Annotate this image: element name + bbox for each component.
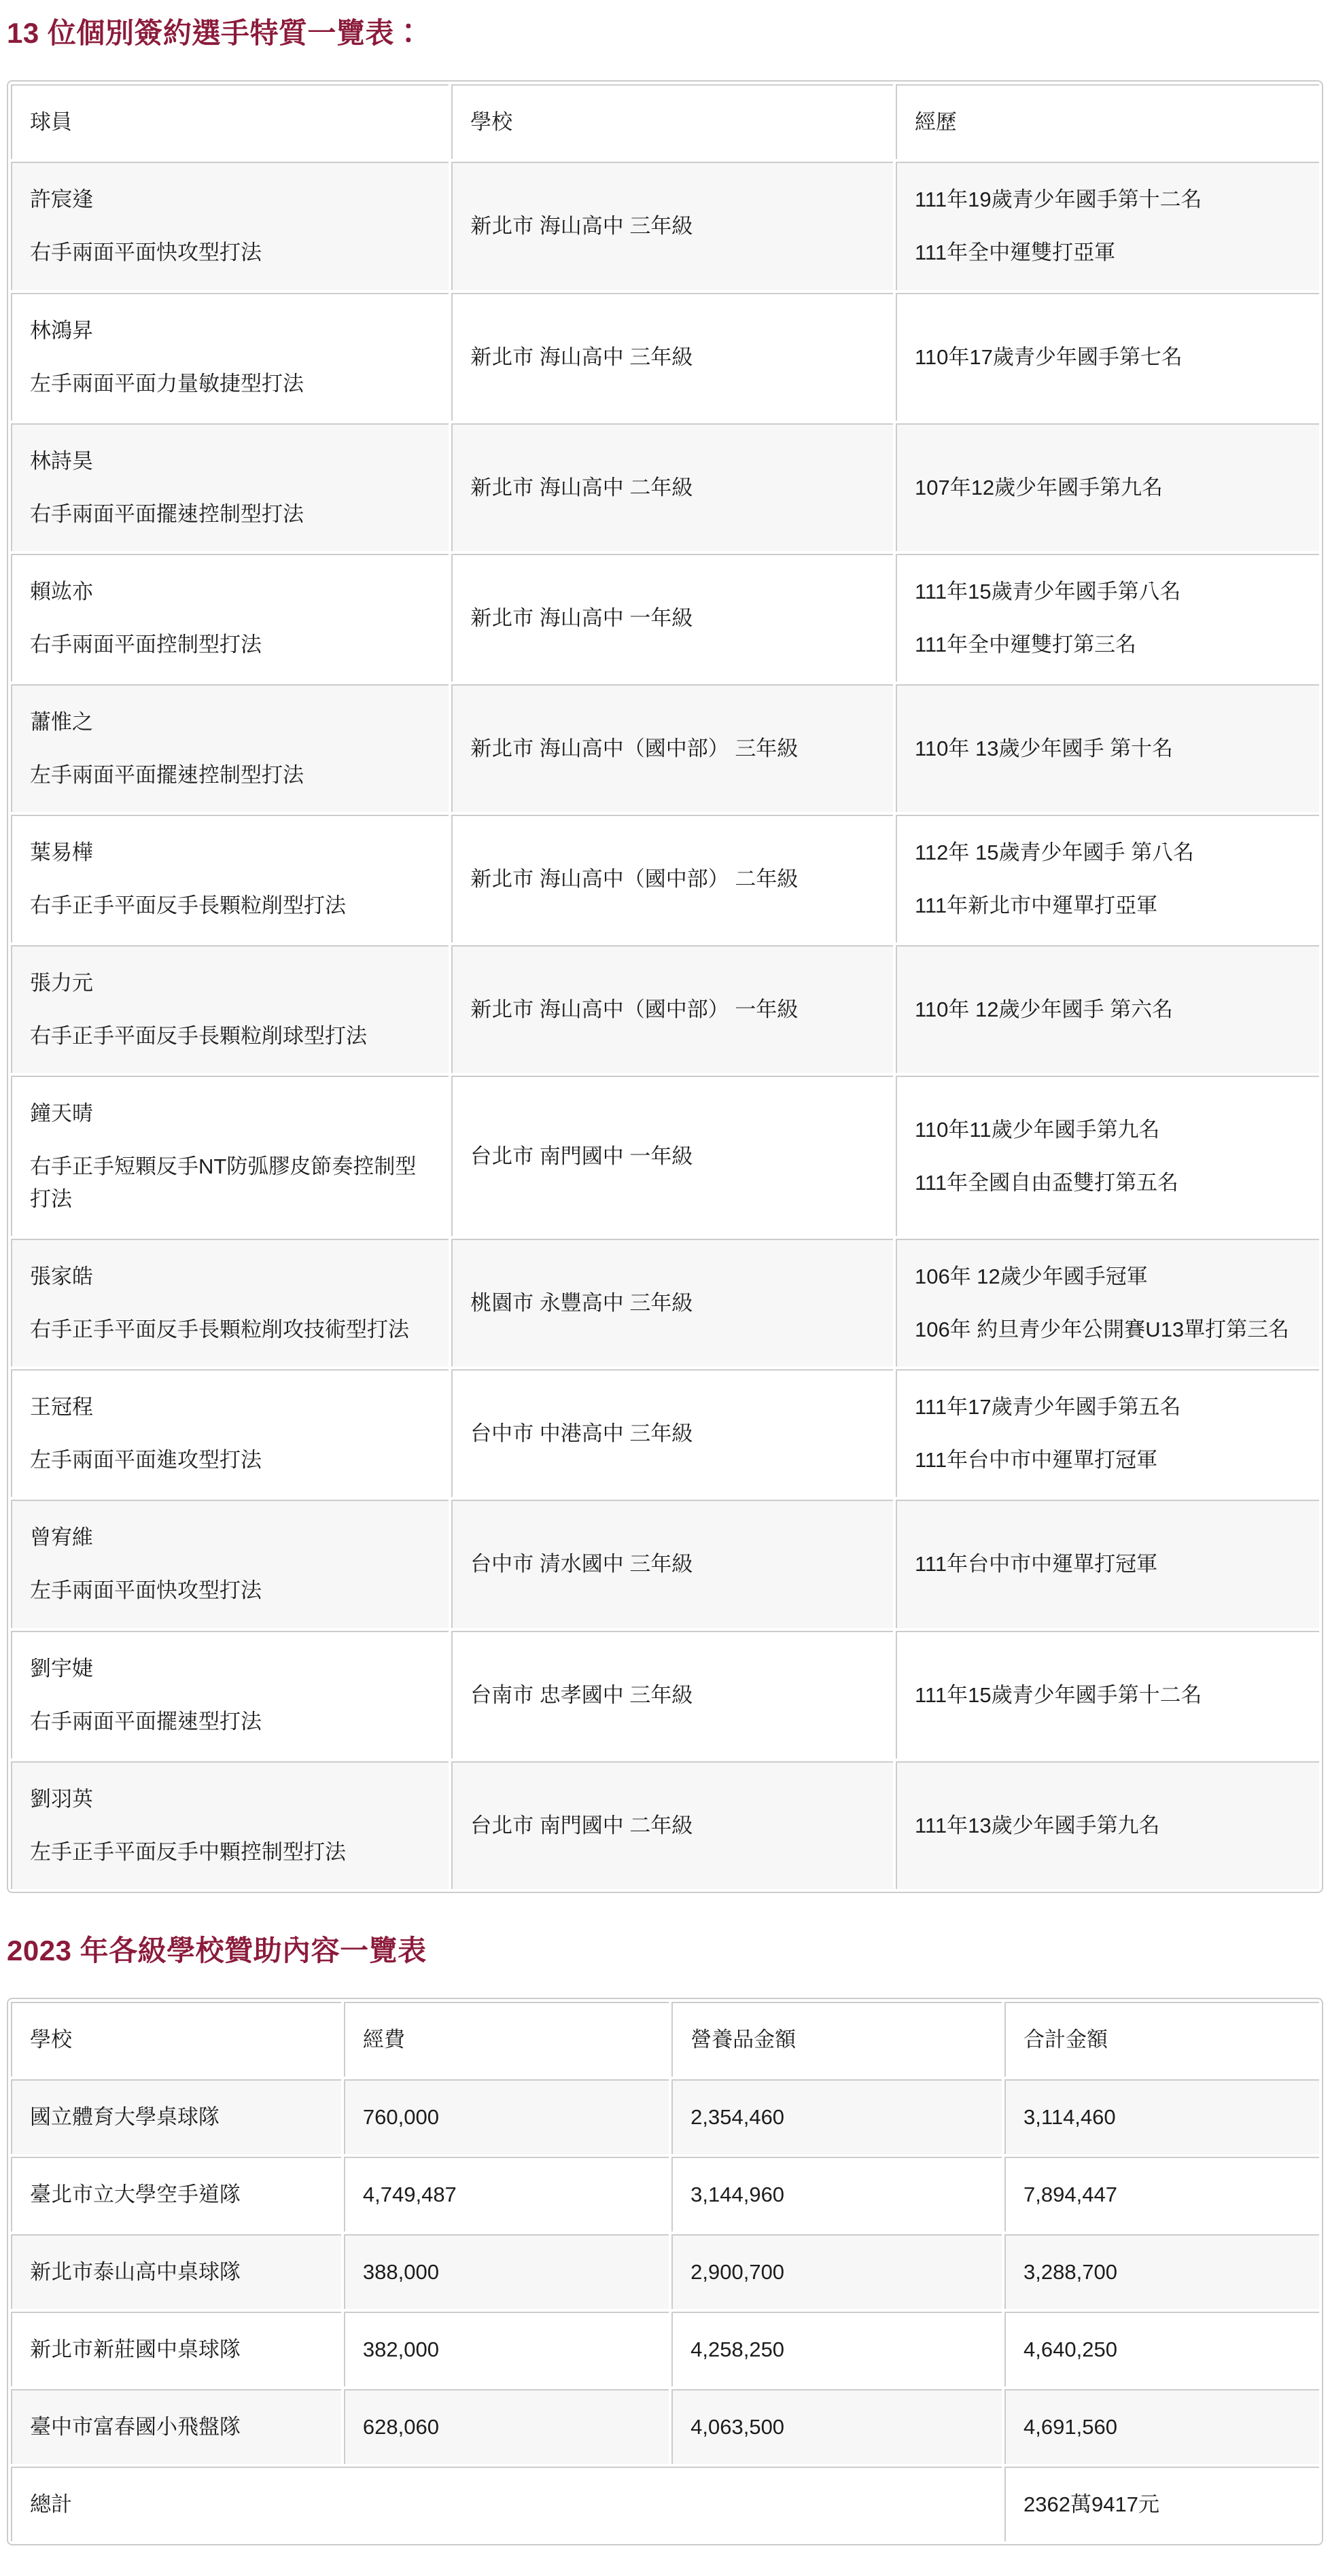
experience-cell: 112年 15歲青少年國手 第八名111年新北市中運單打亞軍: [896, 815, 1319, 942]
players-table-body: 許宸逢右手兩面平面快攻型打法新北市 海山高中 三年級111年19歲青少年國手第十…: [11, 162, 1319, 1888]
funding-cell: 4,749,487: [344, 2157, 669, 2231]
experience-line-1: 111年全中運雙打第三名: [915, 629, 1301, 661]
player-row-7: 鐘天晴右手正手短顆反手NT防弧膠皮節奏控制型打法台北市 南門國中 一年級110年…: [11, 1076, 1319, 1236]
total-amount-cell: 4,640,250: [1004, 2312, 1319, 2386]
player-line-1: 左手兩面平面進攻型打法: [30, 1444, 431, 1477]
player-cell: 張家皓右手正手平面反手長顆粒削攻技術型打法: [11, 1239, 449, 1366]
player-line-0: 曾宥維: [30, 1521, 431, 1554]
sponsor-total-label-cell: 總計: [11, 2467, 1002, 2541]
experience-cell: 111年17歲青少年國手第五名111年台中市中運單打冠軍: [896, 1369, 1319, 1497]
sponsor-row-3: 新北市新莊國中桌球隊382,0004,258,2504,640,250: [11, 2312, 1319, 2386]
school-cell: 新北市 海山高中 二年級: [451, 423, 893, 551]
player-row-6: 張力元右手正手平面反手長顆粒削球型打法新北市 海山高中（國中部） 一年級110年…: [11, 945, 1319, 1073]
player-line-1: 左手兩面平面快攻型打法: [30, 1574, 431, 1607]
sponsor-total-value-cell: 2362萬9417元: [1004, 2467, 1319, 2541]
school-cell: 台中市 清水國中 三年級: [451, 1500, 893, 1627]
experience-line-0: 107年12歲少年國手第九名: [915, 472, 1301, 504]
funding-cell: 388,000: [344, 2234, 669, 2309]
player-line-1: 右手正手平面反手長顆粒削球型打法: [30, 1020, 431, 1053]
player-line-0: 鐘天晴: [30, 1097, 431, 1130]
players-header-cell-0: 球員: [11, 84, 449, 159]
experience-cell: 110年17歲青少年國手第七名: [896, 293, 1319, 421]
players-header-cell-1: 學校: [451, 84, 893, 159]
experience-line-1: 111年台中市中運單打冠軍: [915, 1444, 1301, 1477]
funding-cell: 628,060: [344, 2389, 669, 2464]
sponsor-header-cell-3: 合計金額: [1004, 2002, 1319, 2077]
player-line-1: 右手兩面平面控制型打法: [30, 629, 431, 661]
players-header-row: 球員學校經歷: [11, 84, 1319, 159]
experience-cell: 107年12歲少年國手第九名: [896, 423, 1319, 551]
sponsor-row-4: 臺中市富春國小飛盤隊628,0604,063,5004,691,560: [11, 2389, 1319, 2464]
player-line-0: 劉宇婕: [30, 1653, 431, 1685]
experience-cell: 111年台中市中運單打冠軍: [896, 1500, 1319, 1627]
player-line-1: 右手兩面平面擺速型打法: [30, 1706, 431, 1738]
school-cell: 新北市 海山高中（國中部） 三年級: [451, 684, 893, 812]
experience-cell: 106年 12歲少年國手冠軍106年 約旦青少年公開賽U13單打第三名: [896, 1239, 1319, 1366]
player-line-1: 左手正手平面反手中顆控制型打法: [30, 1836, 431, 1869]
sponsor-table-title: 2023 年各級學校贊助內容一覽表: [7, 1934, 1323, 1968]
experience-line-0: 112年 15歲青少年國手 第八名: [915, 836, 1301, 869]
nutrition-cell: 4,258,250: [671, 2312, 1002, 2386]
nutrition-cell: 3,144,960: [671, 2157, 1002, 2231]
school-cell: 台中市 中港高中 三年級: [451, 1369, 893, 1497]
experience-line-0: 110年 12歲少年國手 第六名: [915, 993, 1301, 1026]
player-line-1: 左手兩面平面力量敏捷型打法: [30, 368, 431, 400]
player-row-8: 張家皓右手正手平面反手長顆粒削攻技術型打法桃園市 永豐高中 三年級106年 12…: [11, 1239, 1319, 1366]
sponsor-school-cell: 國立體育大學桌球隊: [11, 2079, 341, 2154]
sponsor-school-cell: 臺北市立大學空手道隊: [11, 2157, 341, 2231]
experience-line-1: 106年 約旦青少年公開賽U13單打第三名: [915, 1313, 1301, 1346]
sponsor-school-cell: 新北市泰山高中桌球隊: [11, 2234, 341, 2309]
sponsor-table: 學校經費營養品金額合計金額 國立體育大學桌球隊760,0002,354,4603…: [7, 1998, 1323, 2545]
school-cell: 台南市 忠孝國中 三年級: [451, 1631, 893, 1759]
player-row-12: 劉羽英左手正手平面反手中顆控制型打法台北市 南門國中 二年級111年13歲少年國…: [11, 1761, 1319, 1889]
sponsor-school-cell: 新北市新莊國中桌球隊: [11, 2312, 341, 2386]
school-cell: 台北市 南門國中 一年級: [451, 1076, 893, 1236]
player-line-1: 右手正手平面反手長顆粒削型打法: [30, 889, 431, 922]
player-cell: 林詩昊右手兩面平面擺速控制型打法: [11, 423, 449, 551]
player-row-1: 林鴻昇左手兩面平面力量敏捷型打法新北市 海山高中 三年級110年17歲青少年國手…: [11, 293, 1319, 421]
player-line-0: 王冠程: [30, 1391, 431, 1424]
player-line-1: 左手兩面平面擺速控制型打法: [30, 759, 431, 792]
sponsor-total-row: 總計2362萬9417元: [11, 2467, 1319, 2541]
player-cell: 張力元右手正手平面反手長顆粒削球型打法: [11, 945, 449, 1073]
player-cell: 林鴻昇左手兩面平面力量敏捷型打法: [11, 293, 449, 421]
experience-cell: 110年11歲少年國手第九名111年全國自由盃雙打第五名: [896, 1076, 1319, 1236]
funding-cell: 382,000: [344, 2312, 669, 2386]
player-cell: 蕭惟之左手兩面平面擺速控制型打法: [11, 684, 449, 812]
experience-line-0: 110年 13歲少年國手 第十名: [915, 733, 1301, 765]
sponsor-header-row: 學校經費營養品金額合計金額: [11, 2002, 1319, 2077]
sponsor-header-cell-2: 營養品金額: [671, 2002, 1002, 2077]
player-line-0: 林鴻昇: [30, 315, 431, 347]
experience-line-0: 111年15歲青少年國手第十二名: [915, 1679, 1301, 1712]
total-amount-cell: 7,894,447: [1004, 2157, 1319, 2231]
funding-cell: 760,000: [344, 2079, 669, 2154]
school-cell: 桃園市 永豐高中 三年級: [451, 1239, 893, 1366]
experience-line-1: 111年全國自由盃雙打第五名: [915, 1167, 1301, 1199]
school-cell: 新北市 海山高中（國中部） 二年級: [451, 815, 893, 942]
sponsor-row-1: 臺北市立大學空手道隊4,749,4873,144,9607,894,447: [11, 2157, 1319, 2231]
player-line-0: 張力元: [30, 967, 431, 1000]
experience-line-0: 111年台中市中運單打冠軍: [915, 1548, 1301, 1581]
experience-line-0: 111年19歲青少年國手第十二名: [915, 183, 1301, 216]
experience-line-0: 110年17歲青少年國手第七名: [915, 341, 1301, 374]
player-row-3: 賴竑亦右手兩面平面控制型打法新北市 海山高中 一年級111年15歲青少年國手第八…: [11, 554, 1319, 682]
player-row-9: 王冠程左手兩面平面進攻型打法台中市 中港高中 三年級111年17歲青少年國手第五…: [11, 1369, 1319, 1497]
nutrition-cell: 4,063,500: [671, 2389, 1002, 2464]
experience-cell: 111年19歲青少年國手第十二名111年全中運雙打亞軍: [896, 162, 1319, 289]
total-amount-cell: 3,114,460: [1004, 2079, 1319, 2154]
sponsor-table-body: 國立體育大學桌球隊760,0002,354,4603,114,460臺北市立大學…: [11, 2079, 1319, 2541]
total-amount-cell: 4,691,560: [1004, 2389, 1319, 2464]
player-row-10: 曾宥維左手兩面平面快攻型打法台中市 清水國中 三年級111年台中市中運單打冠軍: [11, 1500, 1319, 1627]
sponsor-school-cell: 臺中市富春國小飛盤隊: [11, 2389, 341, 2464]
experience-cell: 111年13歲少年國手第九名: [896, 1761, 1319, 1889]
player-row-2: 林詩昊右手兩面平面擺速控制型打法新北市 海山高中 二年級107年12歲少年國手第…: [11, 423, 1319, 551]
experience-cell: 111年15歲青少年國手第十二名: [896, 1631, 1319, 1759]
player-cell: 鐘天晴右手正手短顆反手NT防弧膠皮節奏控制型打法: [11, 1076, 449, 1236]
player-row-11: 劉宇婕右手兩面平面擺速型打法台南市 忠孝國中 三年級111年15歲青少年國手第十…: [11, 1631, 1319, 1759]
experience-line-0: 111年13歲少年國手第九名: [915, 1810, 1301, 1842]
player-line-0: 劉羽英: [30, 1783, 431, 1816]
school-cell: 新北市 海山高中 三年級: [451, 162, 893, 289]
player-cell: 劉宇婕右手兩面平面擺速型打法: [11, 1631, 449, 1759]
player-cell: 曾宥維左手兩面平面快攻型打法: [11, 1500, 449, 1627]
player-line-0: 林詩昊: [30, 445, 431, 478]
experience-line-0: 106年 12歲少年國手冠軍: [915, 1260, 1301, 1293]
experience-line-1: 111年新北市中運單打亞軍: [915, 889, 1301, 922]
experience-line-1: 111年全中運雙打亞軍: [915, 236, 1301, 269]
experience-cell: 111年15歲青少年國手第八名111年全中運雙打第三名: [896, 554, 1319, 682]
player-line-0: 賴竑亦: [30, 576, 431, 608]
players-table-title: 13 位個別簽約選手特質一覽表：: [7, 16, 1323, 50]
player-line-1: 右手兩面平面擺速控制型打法: [30, 498, 431, 531]
experience-line-0: 111年15歲青少年國手第八名: [915, 576, 1301, 608]
player-line-1: 右手正手平面反手長顆粒削攻技術型打法: [30, 1313, 431, 1346]
player-cell: 許宸逢右手兩面平面快攻型打法: [11, 162, 449, 289]
player-line-0: 許宸逢: [30, 183, 431, 216]
player-row-0: 許宸逢右手兩面平面快攻型打法新北市 海山高中 三年級111年19歲青少年國手第十…: [11, 162, 1319, 289]
player-cell: 賴竑亦右手兩面平面控制型打法: [11, 554, 449, 682]
players-header-cell-2: 經歷: [896, 84, 1319, 159]
nutrition-cell: 2,900,700: [671, 2234, 1002, 2309]
sponsor-row-0: 國立體育大學桌球隊760,0002,354,4603,114,460: [11, 2079, 1319, 2154]
player-cell: 劉羽英左手正手平面反手中顆控制型打法: [11, 1761, 449, 1889]
player-row-4: 蕭惟之左手兩面平面擺速控制型打法新北市 海山高中（國中部） 三年級110年 13…: [11, 684, 1319, 812]
player-row-5: 葉易樺右手正手平面反手長顆粒削型打法新北市 海山高中（國中部） 二年級112年 …: [11, 815, 1319, 942]
sponsor-header-cell-1: 經費: [344, 2002, 669, 2077]
sponsor-header-cell-0: 學校: [11, 2002, 341, 2077]
total-amount-cell: 3,288,700: [1004, 2234, 1319, 2309]
school-cell: 新北市 海山高中（國中部） 一年級: [451, 945, 893, 1073]
nutrition-cell: 2,354,460: [671, 2079, 1002, 2154]
player-cell: 葉易樺右手正手平面反手長顆粒削型打法: [11, 815, 449, 942]
player-line-0: 張家皓: [30, 1260, 431, 1293]
experience-line-0: 111年17歲青少年國手第五名: [915, 1391, 1301, 1424]
player-line-0: 葉易樺: [30, 836, 431, 869]
player-line-0: 蕭惟之: [30, 706, 431, 739]
school-cell: 台北市 南門國中 二年級: [451, 1761, 893, 1889]
sponsor-row-2: 新北市泰山高中桌球隊388,0002,900,7003,288,700: [11, 2234, 1319, 2309]
experience-cell: 110年 13歲少年國手 第十名: [896, 684, 1319, 812]
player-cell: 王冠程左手兩面平面進攻型打法: [11, 1369, 449, 1497]
player-line-1: 右手兩面平面快攻型打法: [30, 236, 431, 269]
players-table: 球員學校經歷 許宸逢右手兩面平面快攻型打法新北市 海山高中 三年級111年19歲…: [7, 80, 1323, 1892]
experience-cell: 110年 12歲少年國手 第六名: [896, 945, 1319, 1073]
player-line-1: 右手正手短顆反手NT防弧膠皮節奏控制型打法: [30, 1150, 431, 1216]
school-cell: 新北市 海山高中 一年級: [451, 554, 893, 682]
experience-line-0: 110年11歲少年國手第九名: [915, 1114, 1301, 1146]
school-cell: 新北市 海山高中 三年級: [451, 293, 893, 421]
